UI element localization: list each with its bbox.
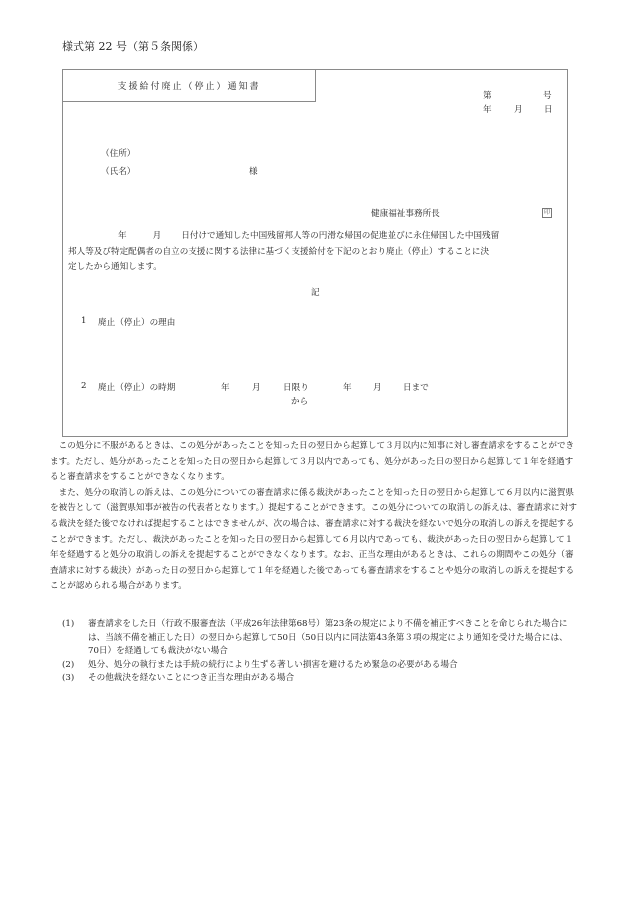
form-number: 様式第 22 号（第５条関係）: [62, 38, 204, 54]
section2-number: 2: [81, 381, 86, 391]
list-item: (2) 処分、処分の執行または手続の続行により生ずる著しい損害を避けるため緊急の…: [62, 659, 572, 673]
seal-icon: 印: [542, 208, 552, 218]
body-date-month: 月: [153, 231, 162, 241]
doc-number-suffix: 号: [543, 89, 552, 101]
item-text: その他裁決を経ないことにつき正当な理由がある場合: [88, 672, 572, 686]
document-title: 支援給付廃止（停止）通知書: [63, 70, 316, 102]
appeal-notice: この処分に不服があるときは、この処分があったことを知った日の翌日から起算して３月…: [50, 439, 580, 595]
list-item: (1) 審査請求をした日（行政不服審査法（平成26年法律第68号）第23条の規定…: [62, 618, 572, 659]
section2-year1: 年: [221, 381, 230, 393]
item-number: (1): [62, 618, 88, 659]
item-number: (2): [62, 659, 88, 673]
body-text: 年月日付けで通知した中国残留邦人等の円滑な帰国の促進並びに永住帰国した中国残留 …: [68, 229, 568, 276]
appeal-paragraph-2: また、処分の取消しの訴えは、この処分についての審査請求に係る裁決があったことを知…: [50, 486, 580, 595]
exception-list: (1) 審査請求をした日（行政不服審査法（平成26年法律第68号）第23条の規定…: [62, 618, 572, 686]
item-text: 処分、処分の執行または手続の続行により生ずる著しい損害を避けるため緊急の必要があ…: [88, 659, 572, 673]
appeal-paragraph-1: この処分に不服があるときは、この処分があったことを知った日の翌日から起算して３月…: [50, 439, 580, 486]
section2-label: 廃止（停止）の時期: [98, 381, 175, 393]
body-line-2: 邦人等及び特定配偶者の自立の支援に関する法律に基づく支援給付を下記のとおり廃止（…: [68, 245, 568, 261]
item-number: (3): [62, 672, 88, 686]
date-year: 年: [483, 103, 492, 115]
honorific: 様: [249, 165, 258, 177]
section2-from: から: [291, 395, 308, 407]
body-line-1: 日付けで通知した中国残留邦人等の円滑な帰国の促進並びに永住帰国した中国残留: [181, 231, 499, 241]
section2-day1: 日限り: [283, 381, 309, 393]
sender-title: 健康福祉事務所長: [371, 207, 440, 219]
section2-day2: 日まで: [403, 381, 429, 393]
notice-form-box: 支援給付廃止（停止）通知書 第 号 年 月 日 （住所） （氏名） 様 健康福祉…: [62, 69, 568, 437]
body-line-3: 定したから通知します。: [68, 260, 568, 276]
list-item: (3) その他裁決を経ないことにつき正当な理由がある場合: [62, 672, 572, 686]
section2-year2: 年: [343, 381, 352, 393]
date-day: 日: [544, 103, 553, 115]
body-date-year: 年: [118, 231, 127, 241]
date-month: 月: [514, 103, 523, 115]
address-label: （住所）: [101, 147, 135, 159]
doc-number-prefix: 第: [483, 89, 492, 101]
section2-month2: 月: [373, 381, 382, 393]
item-text: 審査請求をした日（行政不服審査法（平成26年法律第68号）第23条の規定により不…: [88, 618, 572, 659]
name-label: （氏名）: [101, 165, 135, 177]
section1-label: 廃止（停止）の理由: [98, 316, 175, 328]
ki-heading: 記: [311, 286, 320, 298]
section2-month1: 月: [252, 381, 261, 393]
section1-number: 1: [81, 316, 86, 326]
